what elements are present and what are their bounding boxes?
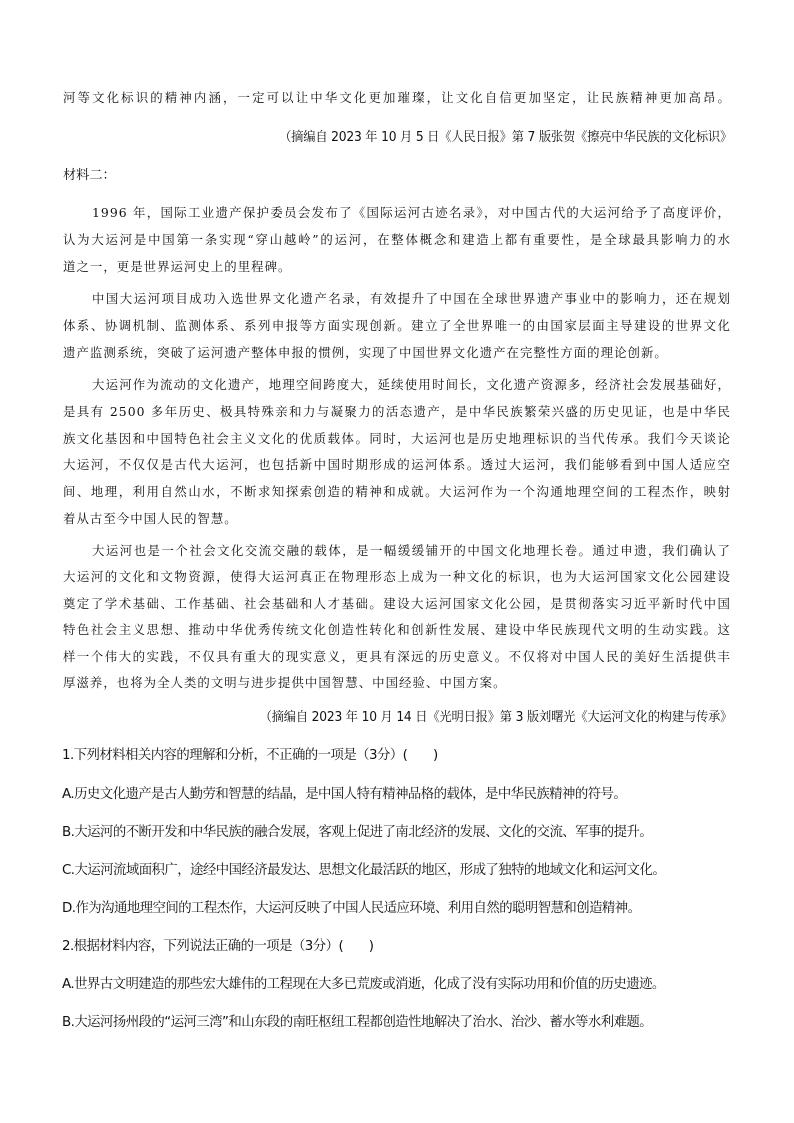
paragraph-line: 厚滋养，也将为全人类的文明与进步提供中国智慧、中国经验、中国方案。: [63, 675, 731, 691]
paragraph-line: 族文化基因和中国特色社会主义文化的优质载体。同时，大运河也是历史地理标识的当代传…: [63, 431, 731, 447]
paragraph-line: 道之一，更是世界运河史上的里程碑。: [63, 259, 731, 275]
material1-text-line: 河等文化标识的精神内涵，一定可以让中华文化更加璀璨，让文化自信更加坚定，让民族精…: [63, 90, 731, 106]
question-option-b: B.大运河扬州段的“运河三湾”和山东段的南旺枢纽工程都创造性地解决了治水、治沙、…: [62, 1015, 652, 1031]
paragraph-line: 着从古至今中国人民的智慧。: [63, 511, 731, 527]
paragraph-line: 大运河，不仅仅是古代大运河，也包括新中国时期形成的运河体系。透过大运河，我们能够…: [63, 457, 731, 473]
question-stem: 2.根据材料内容，下列说法正确的一项是（3分）( ): [62, 939, 374, 955]
paragraph-line: 大运河也是一个社会文化交流交融的载体，是一幅缓缓铺开的中国文化地理长卷。通过申遗…: [92, 543, 731, 559]
paragraph-line: 是具有 2500 多年历史、极具特殊亲和力与凝聚力的活态遗产，是中华民族繁荣兴盛…: [63, 404, 731, 420]
paragraph-line: 大运河的文化和文物资源，使得大运河真正在物理形态上成为一种文化的标识，也为大运河…: [63, 569, 731, 585]
paragraph-line: 认为大运河是中国第一条实现“穿山越岭”的运河，在整体概念和建造上都有重要性，是全…: [63, 232, 731, 248]
question-option-c: C.大运河流域面积广，途经中国经济最发达、思想文化最活跃的地区，形成了独特的地域…: [62, 863, 665, 879]
paragraph-line: 1996 年，国际工业遗产保护委员会发布了《国际运河古迹名录》，对中国古代的大运…: [92, 205, 731, 221]
question-option-a: A.世界古文明建造的那些宏大雄伟的工程现在大多已荒废或消逝，化成了没有实际功用和…: [62, 977, 665, 993]
question-stem: 1.下列材料相关内容的理解和分析，不正确的一项是（3分）( ): [62, 748, 438, 764]
paragraph-line: 中国大运河项目成功入选世界文化遗产名录，有效提升了中国在全球世界遗产事业中的影响…: [92, 291, 731, 307]
material2-source-citation: （摘编自 2023 年 10 月 14 日《光明日报》第 3 版刘曙光《大运河文…: [259, 710, 732, 726]
paragraph-line: 奠定了学术基础、工作基础、社会基础和人才基础。建设大运河国家文化公园，是贯彻落实…: [63, 596, 731, 612]
paragraph-line: 遗产监测系统，突破了运河遗产整体申报的惯例，实现了中国世界文化遗产在完整性方面的…: [63, 345, 731, 361]
question-option-a: A.历史文化遗产是古人勤劳和智慧的结晶，是中国人特有精神品格的载体，是中华民族精…: [62, 787, 626, 803]
paragraph-line: 样一个伟大的实践，不仅具有重大的现实意义，更具有深远的历史意义。不仅将对中国人民…: [63, 649, 731, 665]
question-option-b: B.大运河的不断开发和中华民族的融合发展，客观上促进了南北经济的发展、文化的交流…: [62, 825, 652, 841]
paragraph-line: 特色社会主义思想、推动中华优秀传统文化创造性转化和创新性发展、建设中华民族现代文…: [63, 622, 731, 638]
material1-source-citation: （摘编自 2023 年 10 月 5 日《人民日报》第 7 版张贺《擦亮中华民族…: [279, 130, 732, 146]
paragraph-line: 间、地理，利用自然山水，不断求知探索创造的精神和成就。大运河作为一个沟通地理空间…: [63, 484, 731, 500]
paragraph-line: 大运河作为流动的文化遗产，地理空间跨度大，延续使用时间长，文化遗产资源多，经济社…: [92, 377, 731, 393]
paragraph-line: 体系、协调机制、监测体系、系列申报等方面实现创新。建立了全世界唯一的由国家层面主…: [63, 318, 731, 334]
material2-label: 材料二：: [63, 168, 116, 184]
document-page: 河等文化标识的精神内涵，一定可以让中华文化更加璀璨，让文化自信更加坚定，让民族精…: [0, 0, 794, 1123]
question-option-d: D.作为沟通地理空间的工程杰作，大运河反映了中国人民适应环境、利用自然的聪明智慧…: [62, 901, 640, 917]
